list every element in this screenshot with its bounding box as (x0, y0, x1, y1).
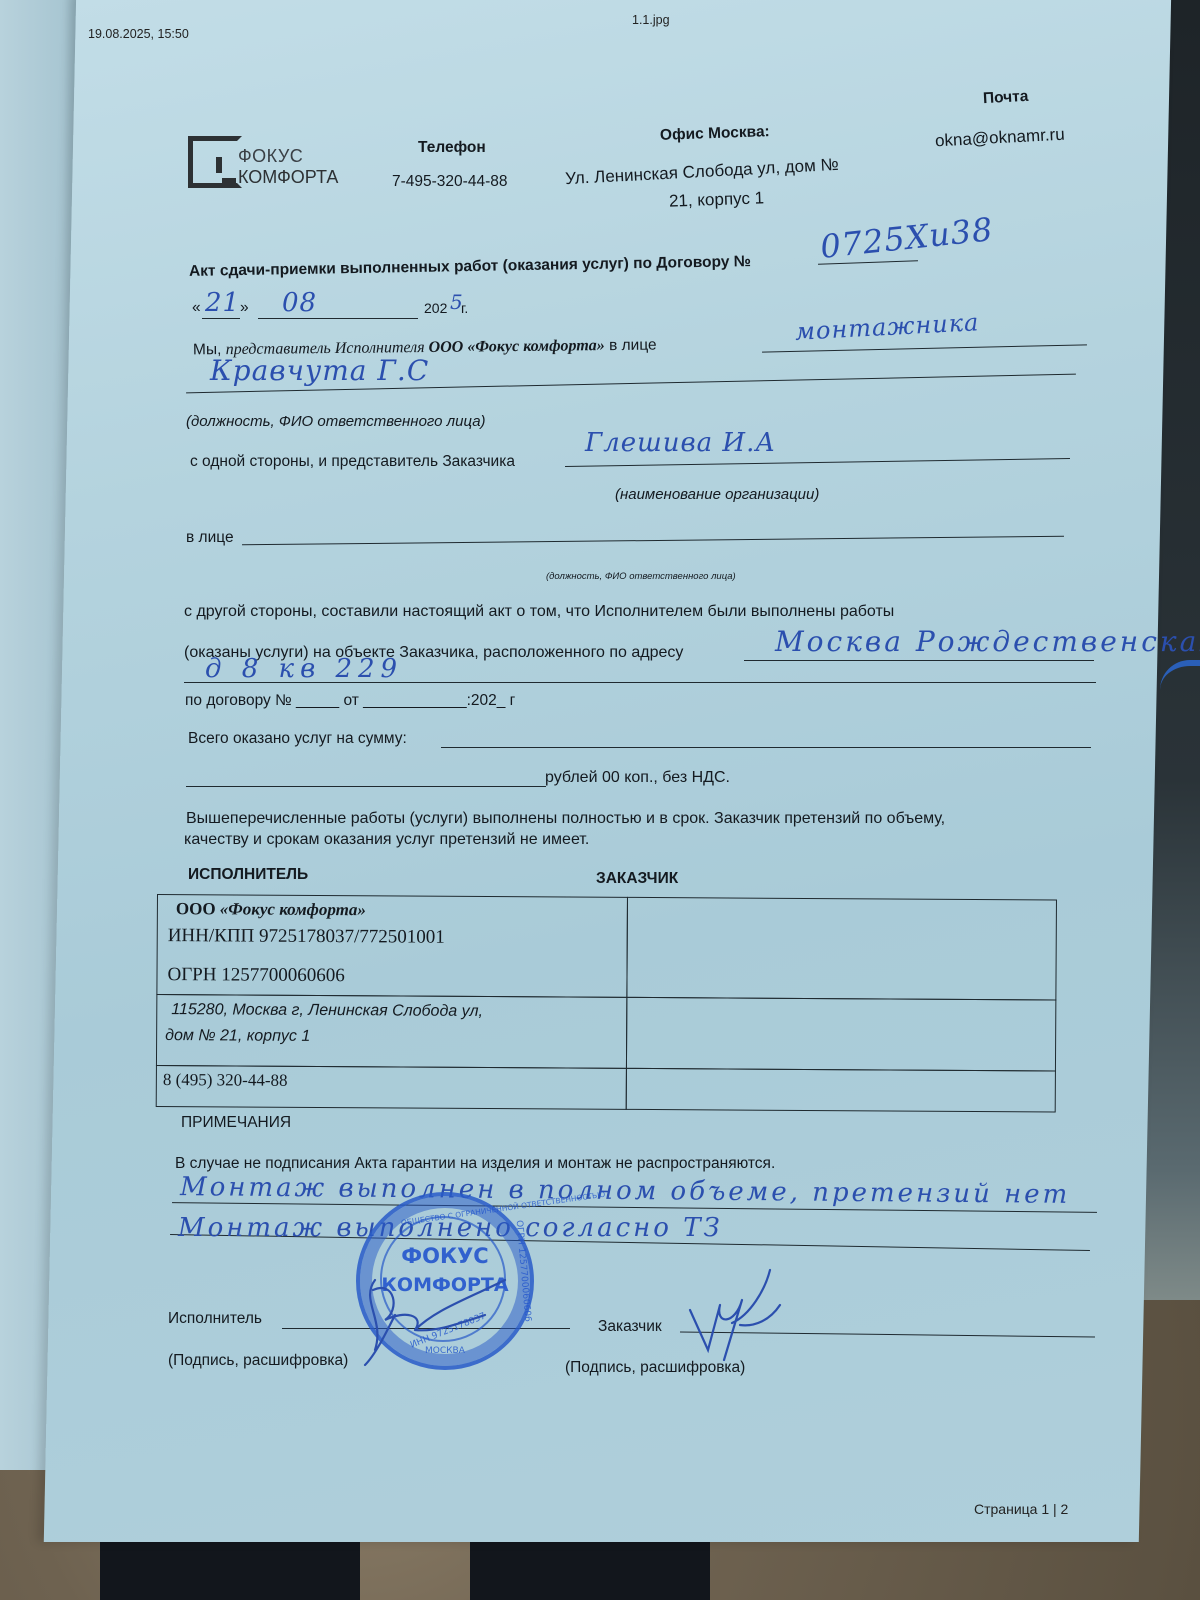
address-field-2[interactable]: д 8 кв 229 (205, 654, 403, 684)
logo-foot-icon (222, 178, 236, 183)
address-line-1 (744, 660, 1094, 661)
year-prefix: 202 (424, 300, 447, 316)
phone-label: Телефон (418, 139, 486, 157)
in-person-label: в лице (186, 529, 234, 547)
company-prefix: ООО (176, 899, 220, 918)
total-label: Всего оказано услуг на сумму: (188, 730, 407, 748)
company-name: «Фокус комфорта» (220, 899, 366, 919)
notes-heading: ПРИМЕЧАНИЯ (181, 1114, 291, 1132)
executor-inn-kpp: ИНН/КПП 9725178037/772501001 (168, 925, 445, 949)
address-field-1[interactable]: Москва Рождественская (775, 625, 1200, 658)
parties-table: ООО «Фокус комфорта» ИНН/КПП 9725178037/… (156, 894, 1057, 1121)
executor-cell-address: 115280, Москва г, Ленинская Слобода ул, … (156, 994, 627, 1069)
print-filename: 1.1.jpg (632, 13, 670, 27)
print-datetime: 19.08.2025, 15:50 (88, 27, 189, 41)
date-month-field[interactable]: 08 (282, 288, 317, 318)
logo-line2: КОМФОРТА (238, 167, 338, 188)
customer-signature-scribble (680, 1265, 800, 1365)
logo-bar-icon (216, 157, 222, 173)
quote-close: » (240, 299, 249, 317)
executor-address-2: дом № 21, корпус 1 (165, 1027, 310, 1046)
executor-company: ООО «Фокус комфорта» (176, 899, 366, 920)
total-amount-line[interactable] (441, 747, 1091, 748)
year-suffix: г. (461, 300, 468, 316)
rubles-text: рублей 00 коп., без НДС. (545, 769, 730, 787)
office-address-line2: 21, корпус 1 (669, 188, 765, 211)
executor-signature-caption: (Подпись, расшифровка) (168, 1352, 348, 1370)
executor-signature-label: Исполнитель (168, 1310, 262, 1328)
rubles-amount-line[interactable] (186, 786, 546, 787)
completion-text-2: качеству и срокам оказания услуг претенз… (184, 831, 589, 849)
executor-ogrn: ОГРН 1257700060606 (167, 964, 344, 987)
customer-name-field[interactable]: Глешива И.А (585, 428, 776, 458)
customer-cell-address[interactable] (626, 997, 1056, 1072)
warranty-text: В случае не подписания Акта гарантии на … (175, 1155, 775, 1173)
quote-open: « (192, 299, 201, 317)
we-suffix: в лице (605, 337, 657, 355)
customer-intro: с одной стороны, и представитель Заказчи… (190, 453, 515, 471)
mail-label: Почта (983, 88, 1029, 108)
in-person-caption: (должность, ФИО ответственного лица) (546, 571, 736, 582)
org-caption: (наименование организации) (615, 486, 819, 503)
customer-heading: ЗАКАЗЧИК (596, 870, 678, 888)
month-line (258, 318, 418, 319)
executor-cell-requisites: ООО «Фокус комфорта» ИНН/КПП 9725178037/… (156, 894, 628, 998)
executor-address-1: 115280, Москва г, Ленинская Слобода ул, (171, 1001, 483, 1021)
executor-phone: 8 (495) 320-44-88 (163, 1070, 288, 1091)
executor-cell-phone: 8 (495) 320-44-88 (156, 1065, 627, 1110)
executor-heading: ИСПОЛНИТЕЛЬ (188, 866, 308, 884)
day-line (202, 318, 240, 319)
phone-value: 7-495-320-44-88 (392, 173, 507, 191)
executor-name-field[interactable]: Кравчута Г.С (210, 354, 429, 387)
date-day-field[interactable]: 21 (205, 288, 240, 318)
logo-line1: ФОКУС (238, 146, 303, 167)
we-company: ООО «Фокус комфорта» (429, 337, 605, 356)
customer-cell-phone[interactable] (626, 1068, 1056, 1113)
contract-ref: по договору № _____ от ____________:202_… (185, 692, 515, 710)
customer-cell-requisites[interactable] (626, 897, 1057, 1001)
customer-signature-label: Заказчик (598, 1318, 662, 1336)
executor-signature-scribble (355, 1260, 535, 1370)
page-number: Страница 1 | 2 (974, 1501, 1068, 1517)
completion-text-1: Вышеперечисленные работы (услуги) выполн… (186, 810, 945, 828)
office-label: Офис Москва: (660, 123, 770, 145)
other-side-text: с другой стороны, составили настоящий ак… (184, 603, 894, 621)
executor-caption: (должность, ФИО ответственного лица) (186, 413, 486, 430)
